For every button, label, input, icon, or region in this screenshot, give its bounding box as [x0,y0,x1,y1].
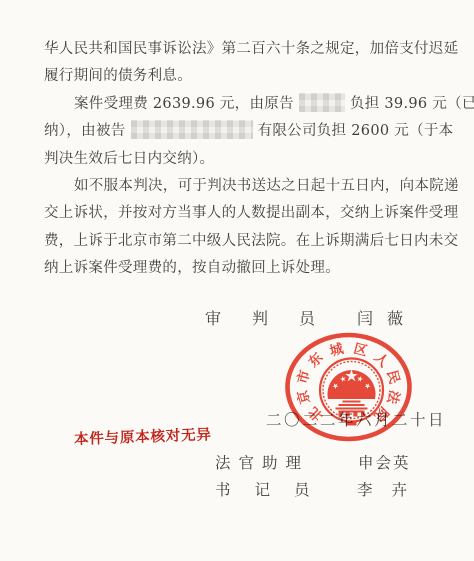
judgment-body: 华人民共和国民事诉讼法》第二百六十条之规定，加倍支付迟延 履行期间的债务利息。 … [44,36,474,283]
fee-line-1-post: 负担 39.96 元（已交 [350,96,474,112]
seal-character: 京 [294,388,314,406]
verification-stamp-text: 本件与原本核对无异 [74,423,212,449]
fee-line-2-post: 有限公司负担 2600 元（于本 [258,123,454,139]
seal-character: 北 [305,403,326,424]
fee-line-1: 案件受理费 2639.96 元，由原告负担 39.96 元（已交 [44,91,474,118]
clerk-name: 李卉 [357,478,426,500]
clerk-title: 书记员 [215,478,334,500]
fee-line-1-pre: 案件受理费 2639.96 元，由原告 [74,96,294,112]
assistant-judge-title: 法官助理 [215,451,309,473]
body-line: 如不服本判决，可于判决书送达之日起十五日内，向本院递 [44,173,474,200]
body-line: 费，上诉于北京市第二中级人民法院。在上诉期满后七日内未交 [44,228,474,255]
seal-character: 区 [352,341,370,360]
body-line: 华人民共和国民事诉讼法》第二百六十条之规定，加倍支付迟延 [44,36,474,63]
fee-line-2: 纳），由被告有限公司负担 2600 元（于本 [44,118,474,145]
document-page: 华人民共和国民事诉讼法》第二百六十条之规定，加倍支付迟延 履行期间的债务利息。 … [0,0,474,561]
body-line: 交上诉状，并按对方当事人的人数提出副本，交纳上诉案件受理 [44,200,474,227]
redaction-plaintiff-name [299,93,345,112]
tiananmen-gate-icon [336,401,368,417]
judge-name: 闫薇 [357,306,417,329]
body-line: 纳上诉案件受理费的，按自动撤回上诉处理。 [44,255,474,282]
seal-character: 法 [383,388,403,406]
seal-character: 东 [305,349,327,371]
seal-character: 市 [294,368,314,386]
body-line: 履行期间的债务利息。 [44,63,474,90]
judge-title: 审判员 [205,306,346,329]
assistant-judge-name: 申会英 [358,451,411,473]
seal-character: 城 [328,340,346,360]
fee-line-2-pre: 纳），由被告 [44,123,126,139]
redaction-defendant-name [131,120,253,139]
wreath-knot [347,421,357,426]
body-line: 判决生效后七日内交纳）。 [44,146,474,173]
seal-character: 院 [370,403,392,425]
seal-character: 民 [383,369,402,387]
court-seal-icon: 北京市东城区人民法院 [283,331,414,443]
